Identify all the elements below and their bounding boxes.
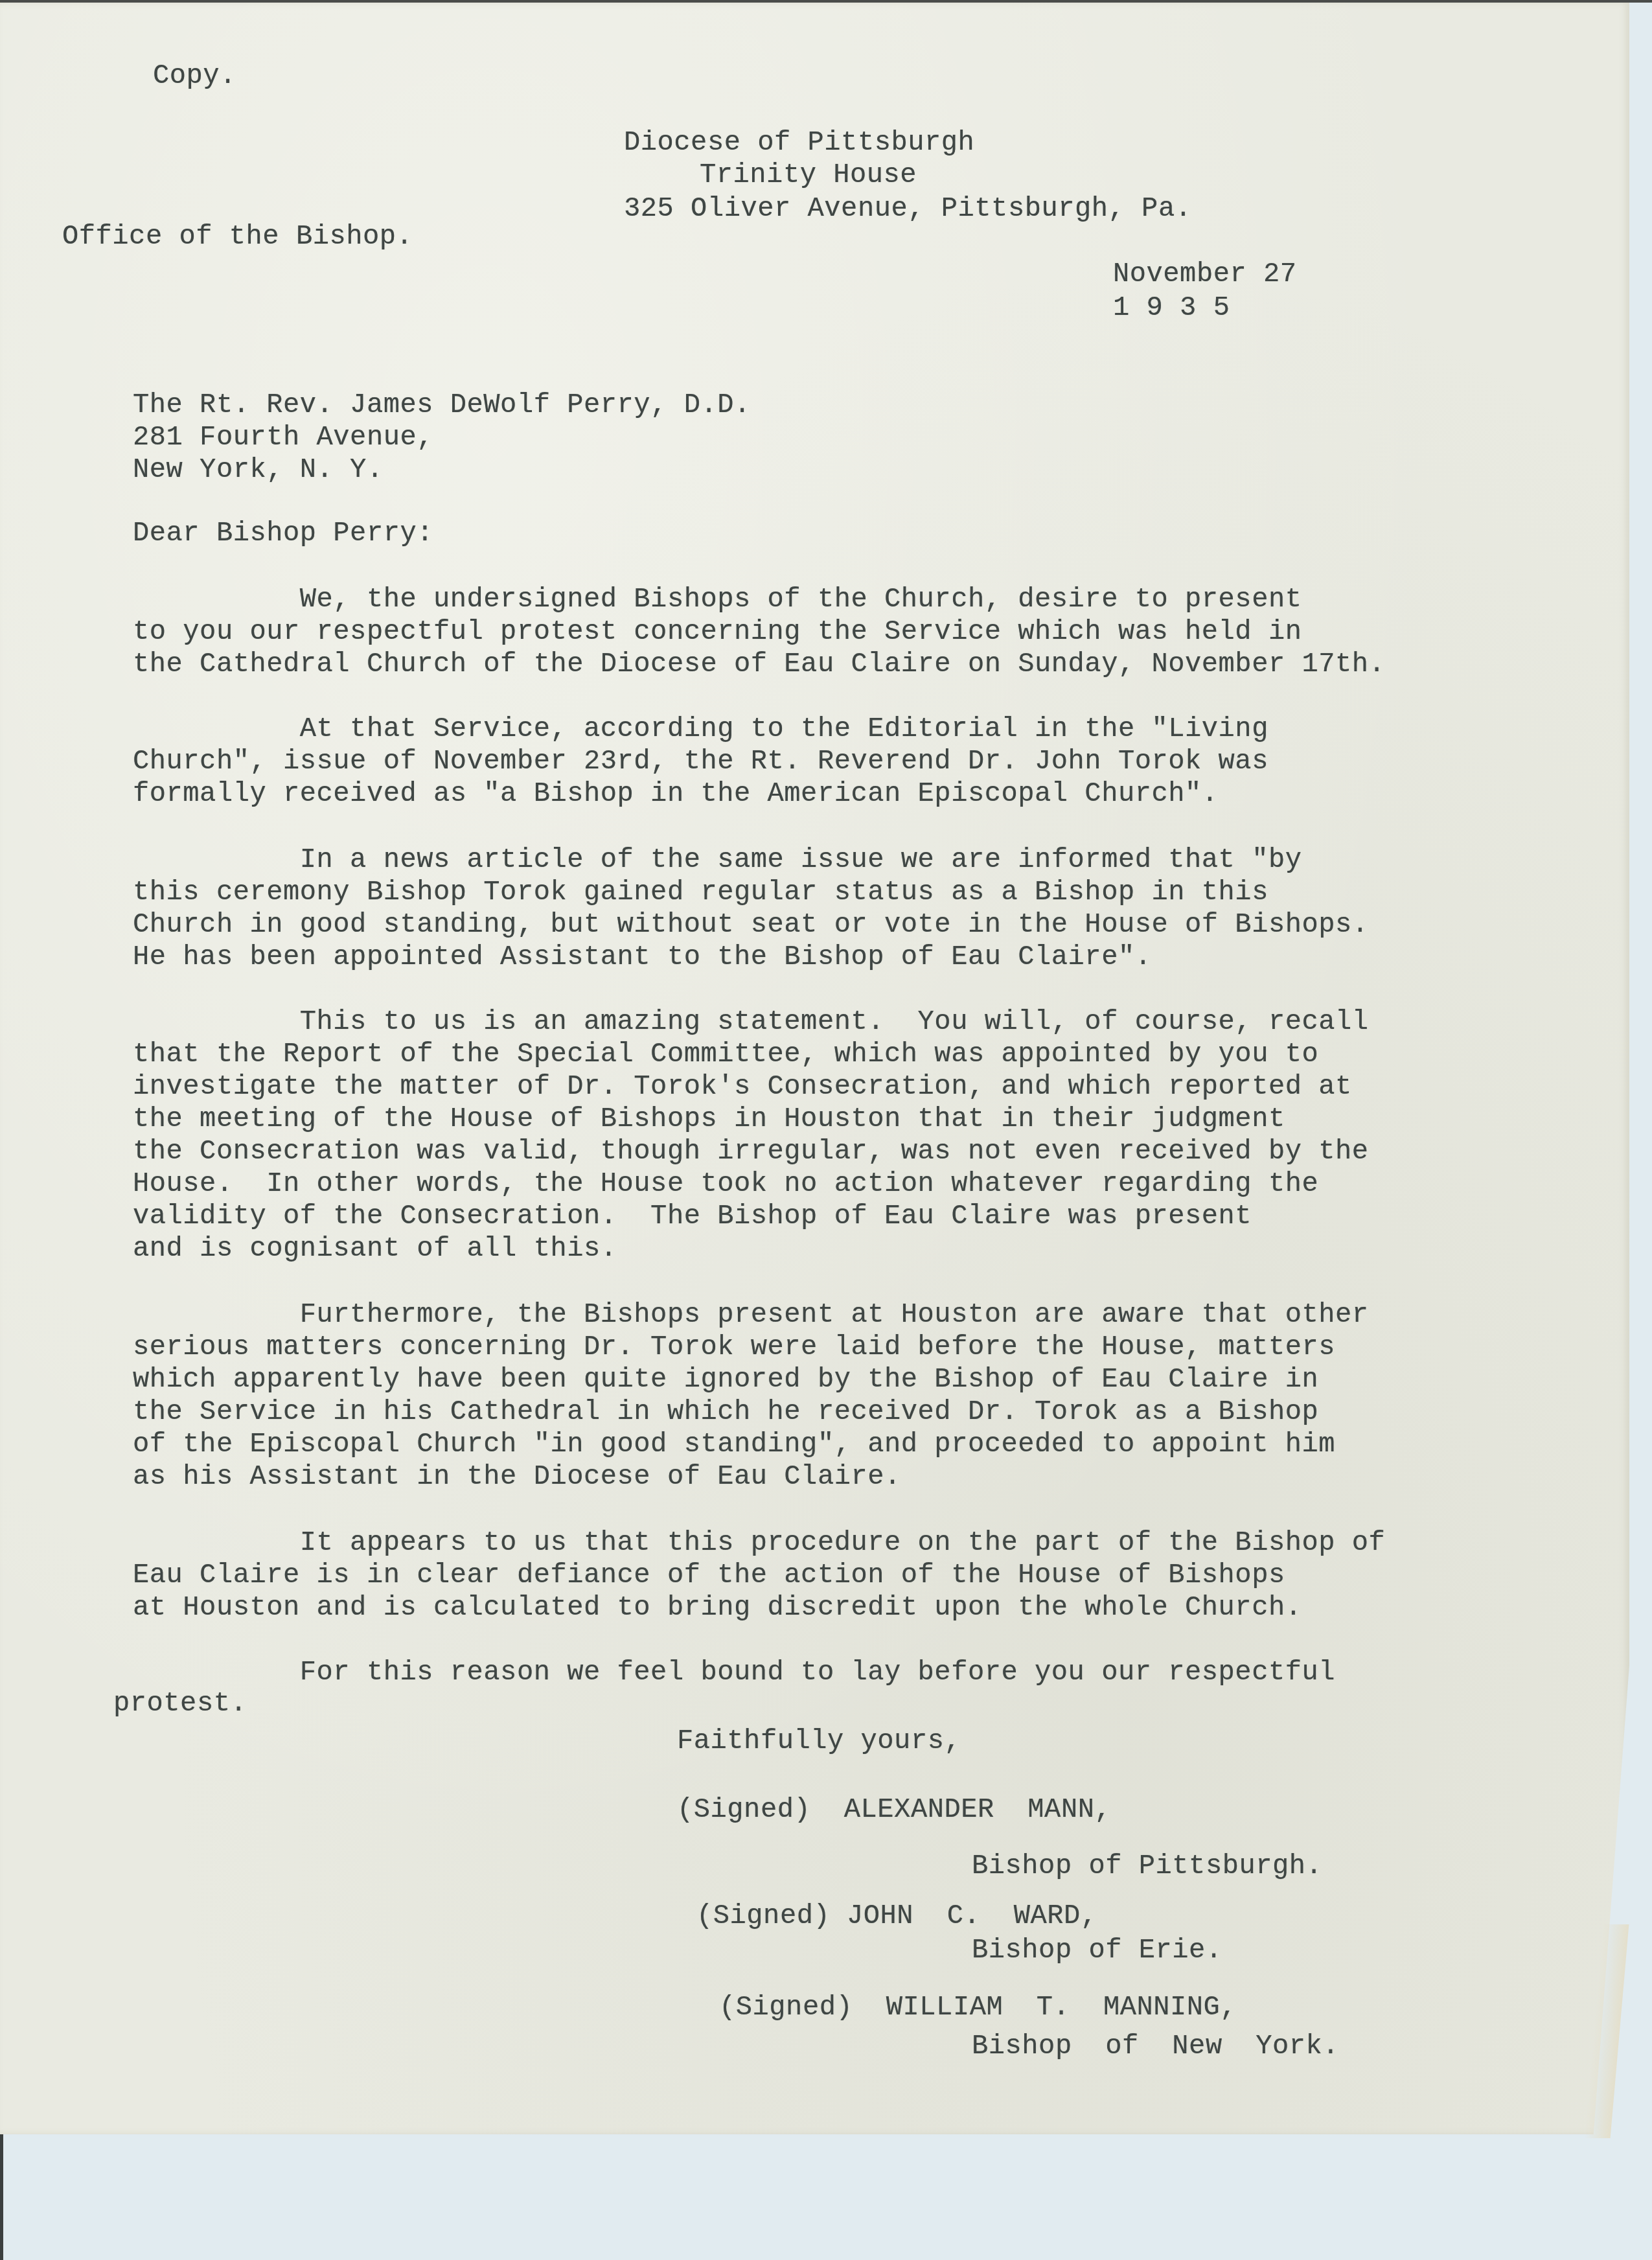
paragraph-line: the Consecration was valid, though irreg…: [133, 1135, 1369, 1168]
paragraph-line: validity of the Consecration. The Bishop…: [133, 1200, 1252, 1232]
paragraph-line: of the Episcopal Church "in good standin…: [133, 1428, 1335, 1460]
copy-mark: Copy.: [153, 60, 236, 92]
date-year: 1 9 3 5: [1113, 292, 1230, 324]
salutation: Dear Bishop Perry:: [133, 517, 433, 549]
paragraph-line: this ceremony Bishop Torok gained regula…: [133, 876, 1268, 908]
signatory-3-title: Bishop of New York.: [972, 2030, 1339, 2062]
paragraph-line: the Service in his Cathedral in which he…: [133, 1396, 1318, 1428]
letterhead-address: 325 Oliver Avenue, Pittsburgh, Pa.: [624, 192, 1191, 225]
scanner-edge-left: [0, 2132, 3, 2260]
paragraph-line: which apparently have been quite ignored…: [133, 1363, 1318, 1396]
paragraph-line: Furthermore, the Bishops present at Hous…: [133, 1298, 1369, 1331]
office-line: Office of the Bishop.: [62, 220, 413, 253]
recipient-address-1: 281 Fourth Avenue,: [133, 421, 433, 454]
paragraph-line: For this reason we feel bound to lay bef…: [133, 1656, 1335, 1689]
paragraph-line: formally received as "a Bishop in the Am…: [133, 778, 1219, 810]
paragraph-line: It appears to us that this procedure on …: [133, 1527, 1385, 1559]
paragraph-line: as his Assistant in the Diocese of Eau C…: [133, 1460, 901, 1493]
paragraph-line: to you our respectful protest concerning…: [133, 616, 1302, 648]
paragraph-line: In a news article of the same issue we a…: [133, 844, 1302, 876]
signatory-3-name: (Signed) WILLIAM T. MANNING,: [719, 1991, 1237, 2024]
date-month-day: November 27: [1113, 258, 1297, 290]
paragraph-line: that the Report of the Special Committee…: [133, 1038, 1318, 1070]
paragraph-line: investigate the matter of Dr. Torok's Co…: [133, 1070, 1352, 1103]
paragraph-line: at Houston and is calculated to bring di…: [133, 1591, 1302, 1624]
recipient-address-2: New York, N. Y.: [133, 454, 384, 486]
paragraph-line: serious matters concerning Dr. Torok wer…: [133, 1331, 1335, 1363]
paragraph-line: We, the undersigned Bishops of the Churc…: [133, 583, 1302, 616]
paragraph-line: Eau Claire is in clear defiance of the a…: [133, 1559, 1285, 1591]
paragraph-line: and is cognisant of all this.: [133, 1232, 617, 1265]
paragraph-line: At that Service, according to the Editor…: [133, 713, 1268, 745]
letterhead-house: Trinity House: [700, 159, 917, 191]
signatory-1-title: Bishop of Pittsburgh.: [972, 1850, 1322, 1882]
recipient-name: The Rt. Rev. James DeWolf Perry, D.D.: [133, 389, 751, 421]
paragraph-line: the meeting of the House of Bishops in H…: [133, 1103, 1285, 1135]
paragraph-line: Church in good standing, but without sea…: [133, 908, 1369, 941]
paragraph-line: This to us is an amazing statement. You …: [133, 1006, 1369, 1038]
paragraph-line: Church", issue of November 23rd, the Rt.…: [133, 745, 1268, 778]
paragraph-line: the Cathedral Church of the Diocese of E…: [133, 648, 1385, 680]
signatory-2-title: Bishop of Erie.: [972, 1934, 1222, 1966]
paragraph-line: House. In other words, the House took no…: [133, 1168, 1318, 1200]
paragraph-line: He has been appointed Assistant to the B…: [133, 941, 1151, 973]
closing: Faithfully yours,: [677, 1725, 961, 1757]
scanner-edge-top: [0, 0, 1652, 3]
signatory-2-name: (Signed) JOHN C. WARD,: [696, 1900, 1097, 1932]
signatory-1-name: (Signed) ALEXANDER MANN,: [677, 1793, 1111, 1826]
paragraph-line: protest.: [113, 1687, 247, 1720]
letterhead-diocese: Diocese of Pittsburgh: [624, 126, 974, 159]
